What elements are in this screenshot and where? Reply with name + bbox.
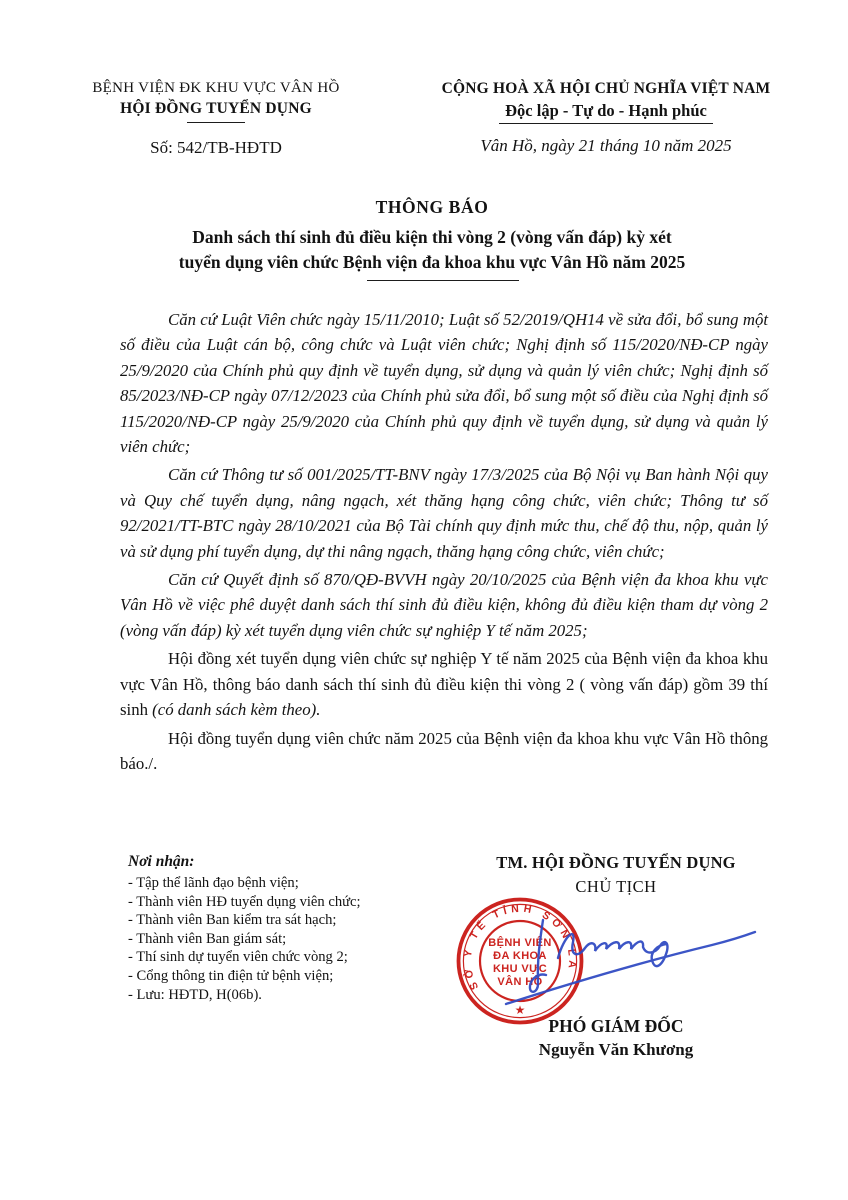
handwritten-signature	[492, 898, 760, 1020]
paragraph-announcement-note: (có danh sách kèm theo).	[152, 700, 320, 719]
recipients-label: Nơi nhận:	[128, 853, 458, 871]
on-behalf-line: TM. HỘI ĐỒNG TUYỂN DỤNG	[440, 853, 792, 873]
recipient-item: - Thành viên Ban kiểm tra sát hạch;	[128, 911, 458, 930]
paragraph-legal-basis-2: Căn cứ Thông tư số 001/2025/TT-BNV ngày …	[120, 462, 768, 564]
org-name-underline	[187, 122, 245, 123]
national-motto: Độc lập - Tự do - Hạnh phúc	[499, 101, 713, 124]
recipient-item: - Cổng thông tin điện tử bệnh viện;	[128, 967, 458, 986]
national-header-block: CỘNG HOÀ XÃ HỘI CHỦ NGHĨA VIỆT NAM Độc l…	[408, 80, 804, 156]
signer-position: PHÓ GIÁM ĐỐC	[440, 1016, 792, 1037]
recipient-item: - Tập thể lãnh đạo bệnh viện;	[128, 874, 458, 893]
document-number: Số: 542/TB-HĐTD	[48, 138, 384, 158]
national-title: CỘNG HOÀ XÃ HỘI CHỦ NGHĨA VIỆT NAM	[408, 80, 804, 98]
signer-name: Nguyễn Văn Khương	[440, 1040, 792, 1060]
recipient-item: - Thành viên Ban giám sát;	[128, 930, 458, 949]
recipient-item: - Thí sinh dự tuyển viên chức vòng 2;	[128, 948, 458, 967]
motto-wrap: Độc lập - Tự do - Hạnh phúc	[408, 101, 804, 124]
subject-line-2: tuyển dụng viên chức Bệnh viện đa khoa k…	[64, 250, 800, 275]
subject-line-1: Danh sách thí sinh đủ điều kiện thi vòng…	[64, 225, 800, 250]
recipient-item: - Thành viên HĐ tuyển dụng viên chức;	[128, 893, 458, 912]
paragraph-legal-basis-1: Căn cứ Luật Viên chức ngày 15/11/2010; L…	[120, 307, 768, 459]
org-parent-name: BỆNH VIỆN ĐK KHU VỰC VÂN HỒ	[48, 80, 384, 97]
issuing-org-block: BỆNH VIỆN ĐK KHU VỰC VÂN HỒ HỘI ĐỒNG TUY…	[48, 80, 384, 158]
recipients-block: Nơi nhận: - Tập thể lãnh đạo bệnh viện; …	[128, 853, 458, 1004]
place-and-date: Vân Hồ, ngày 21 tháng 10 năm 2025	[408, 136, 804, 156]
document-page: BỆNH VIỆN ĐK KHU VỰC VÂN HỒ HỘI ĐỒNG TUY…	[0, 0, 848, 1200]
org-name: HỘI ĐỒNG TUYỂN DỤNG	[48, 100, 384, 118]
paragraph-legal-basis-3: Căn cứ Quyết định số 870/QĐ-BVVH ngày 20…	[120, 567, 768, 643]
title-underline	[367, 280, 519, 281]
document-body: Căn cứ Luật Viên chức ngày 15/11/2010; L…	[120, 307, 768, 779]
document-type: THÔNG BÁO	[64, 197, 800, 218]
paragraph-announcement: Hội đồng xét tuyển dụng viên chức sự ngh…	[120, 646, 768, 722]
title-block: THÔNG BÁO Danh sách thí sinh đủ điều kiệ…	[64, 197, 800, 281]
signature-heading: TM. HỘI ĐỒNG TUYỂN DỤNG CHỦ TỊCH	[440, 853, 792, 897]
paragraph-closing: Hội đồng tuyển dụng viên chức năm 2025 c…	[120, 726, 768, 777]
recipients-list: - Tập thể lãnh đạo bệnh viện; - Thành vi…	[128, 874, 458, 1004]
recipient-item: - Lưu: HĐTD, H(06b).	[128, 986, 458, 1005]
